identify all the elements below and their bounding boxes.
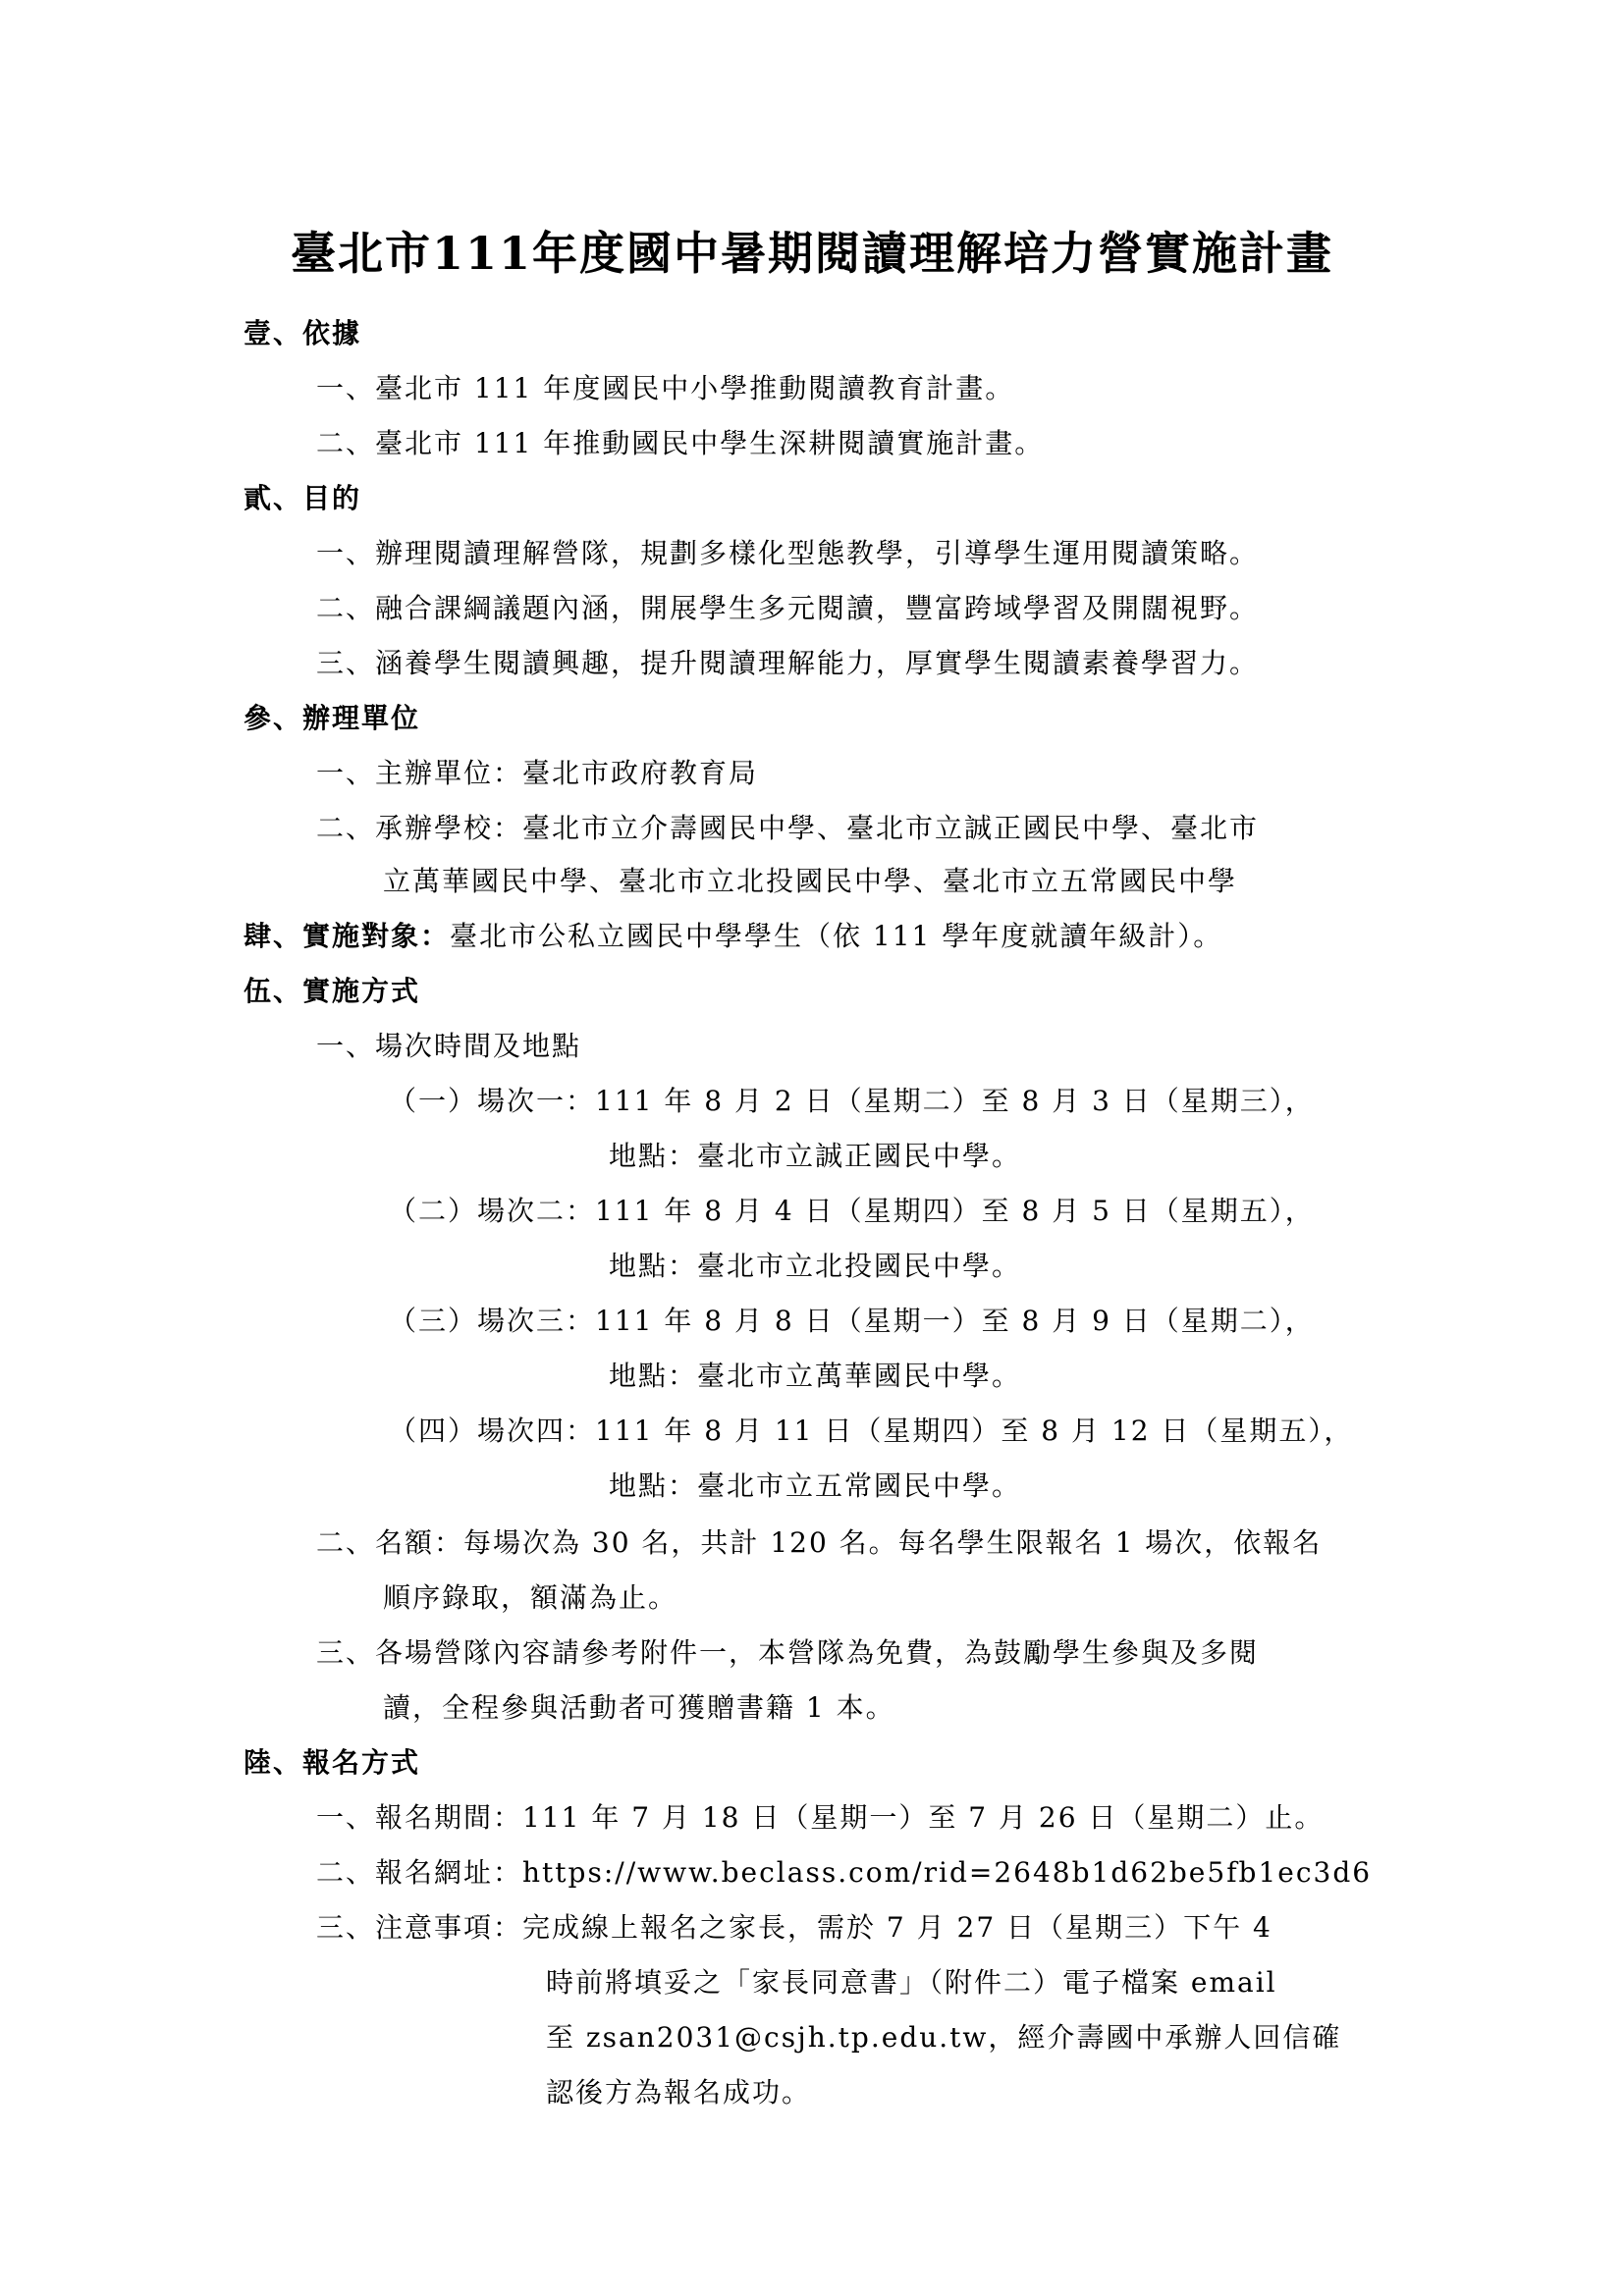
notes-line4: 認後方為報名成功。	[546, 2071, 811, 2110]
section-heading-target: 肆、實施對象：	[244, 920, 450, 952]
document-title: 臺北市111年度國中暑期閱讀理解培力營實施計畫	[0, 218, 1624, 283]
organizer-schools-line1: 二、承辦學校：臺北市立介壽國民中學、臺北市立誠正國民中學、臺北市	[316, 807, 1259, 846]
document-page: 臺北市111年度國中暑期閱讀理解培力營實施計畫 壹、依據 一、臺北市 111 年…	[0, 0, 1624, 2296]
session-4-place: 地點：臺北市立五常國民中學。	[609, 1465, 1021, 1504]
content-line1: 三、各場營隊內容請參考附件一，本營隊為免費，為鼓勵學生參與及多閱	[316, 1631, 1259, 1671]
notes-line3: 至 zsan2031@csjh.tp.edu.tw，經介壽國中承辦人回信確	[546, 2016, 1341, 2056]
target-line: 肆、實施對象：臺北市公私立國民中學學生（依 111 學年度就讀年級計）。	[244, 915, 1222, 954]
notes-label: 三、注意事項：	[316, 1911, 522, 1944]
section-heading-organizers: 參、辦理單位	[244, 697, 420, 736]
section-heading-basis: 壹、依據	[244, 312, 361, 351]
purpose-item-1: 一、辦理閱讀理解營隊，規劃多樣化型態教學，引導學生運用閱讀策略。	[316, 532, 1259, 571]
organizer-schools-line2: 立萬華國民中學、臺北市立北投國民中學、臺北市立五常國民中學	[383, 860, 1237, 899]
section-heading-registration: 陸、報名方式	[244, 1741, 420, 1781]
registration-url-link[interactable]: https://www.beclass.com/rid=2648b1d62be5…	[522, 1856, 1372, 1889]
section-heading-method: 伍、實施方式	[244, 970, 420, 1009]
registration-url-label: 二、報名網址：	[316, 1856, 522, 1889]
basis-item-2: 二、臺北市 111 年推動國民中學生深耕閱讀實施計畫。	[316, 422, 1044, 461]
notes-line1: 三、注意事項：完成線上報名之家長，需於 7 月 27 日（星期三）下午 4	[316, 1906, 1272, 1946]
session-3-place: 地點：臺北市立萬華國民中學。	[609, 1355, 1021, 1394]
target-text: 臺北市公私立國民中學學生（依 111 學年度就讀年級計）。	[450, 920, 1222, 952]
purpose-item-2: 二、融合課綱議題內涵，開展學生多元閱讀，豐富跨域學習及開闊視野。	[316, 587, 1259, 626]
session-2-place: 地點：臺北市立北投國民中學。	[609, 1245, 1021, 1284]
session-2: （二）場次二：111 年 8 月 4 日（星期四）至 8 月 5 日（星期五），	[389, 1190, 1315, 1229]
session-4: （四）場次四：111 年 8 月 11 日（星期四）至 8 月 12 日（星期五…	[389, 1410, 1353, 1449]
registration-period: 一、報名期間：111 年 7 月 18 日（星期一）至 7 月 26 日（星期二…	[316, 1796, 1324, 1836]
method-sub-sessions: 一、場次時間及地點	[316, 1025, 581, 1064]
registration-url-line: 二、報名網址：https://www.beclass.com/rid=2648b…	[316, 1851, 1372, 1891]
content-line2: 讀，全程參與活動者可獲贈書籍 1 本。	[383, 1686, 895, 1726]
section-heading-purpose: 貳、目的	[244, 477, 361, 516]
session-3: （三）場次三：111 年 8 月 8 日（星期一）至 8 月 9 日（星期二），	[389, 1300, 1315, 1339]
session-1: （一）場次一：111 年 8 月 2 日（星期二）至 8 月 3 日（星期三），	[389, 1080, 1315, 1119]
session-1-place: 地點：臺北市立誠正國民中學。	[609, 1135, 1021, 1174]
notes-line2: 時前將填妥之「家長同意書」（附件二）電子檔案 email	[546, 1961, 1277, 2001]
quota-line1: 二、名額：每場次為 30 名，共計 120 名。每名學生限報名 1 場次，依報名	[316, 1522, 1322, 1561]
organizer-host: 一、主辦單位：臺北市政府教育局	[316, 752, 758, 791]
quota-line2: 順序錄取，額滿為止。	[383, 1576, 677, 1616]
basis-item-1: 一、臺北市 111 年度國民中小學推動閱讀教育計畫。	[316, 367, 1014, 406]
notes-text-1: 完成線上報名之家長，需於 7 月 27 日（星期三）下午 4	[522, 1911, 1272, 1944]
purpose-item-3: 三、涵養學生閱讀興趣，提升閱讀理解能力，厚實學生閱讀素養學習力。	[316, 642, 1259, 681]
